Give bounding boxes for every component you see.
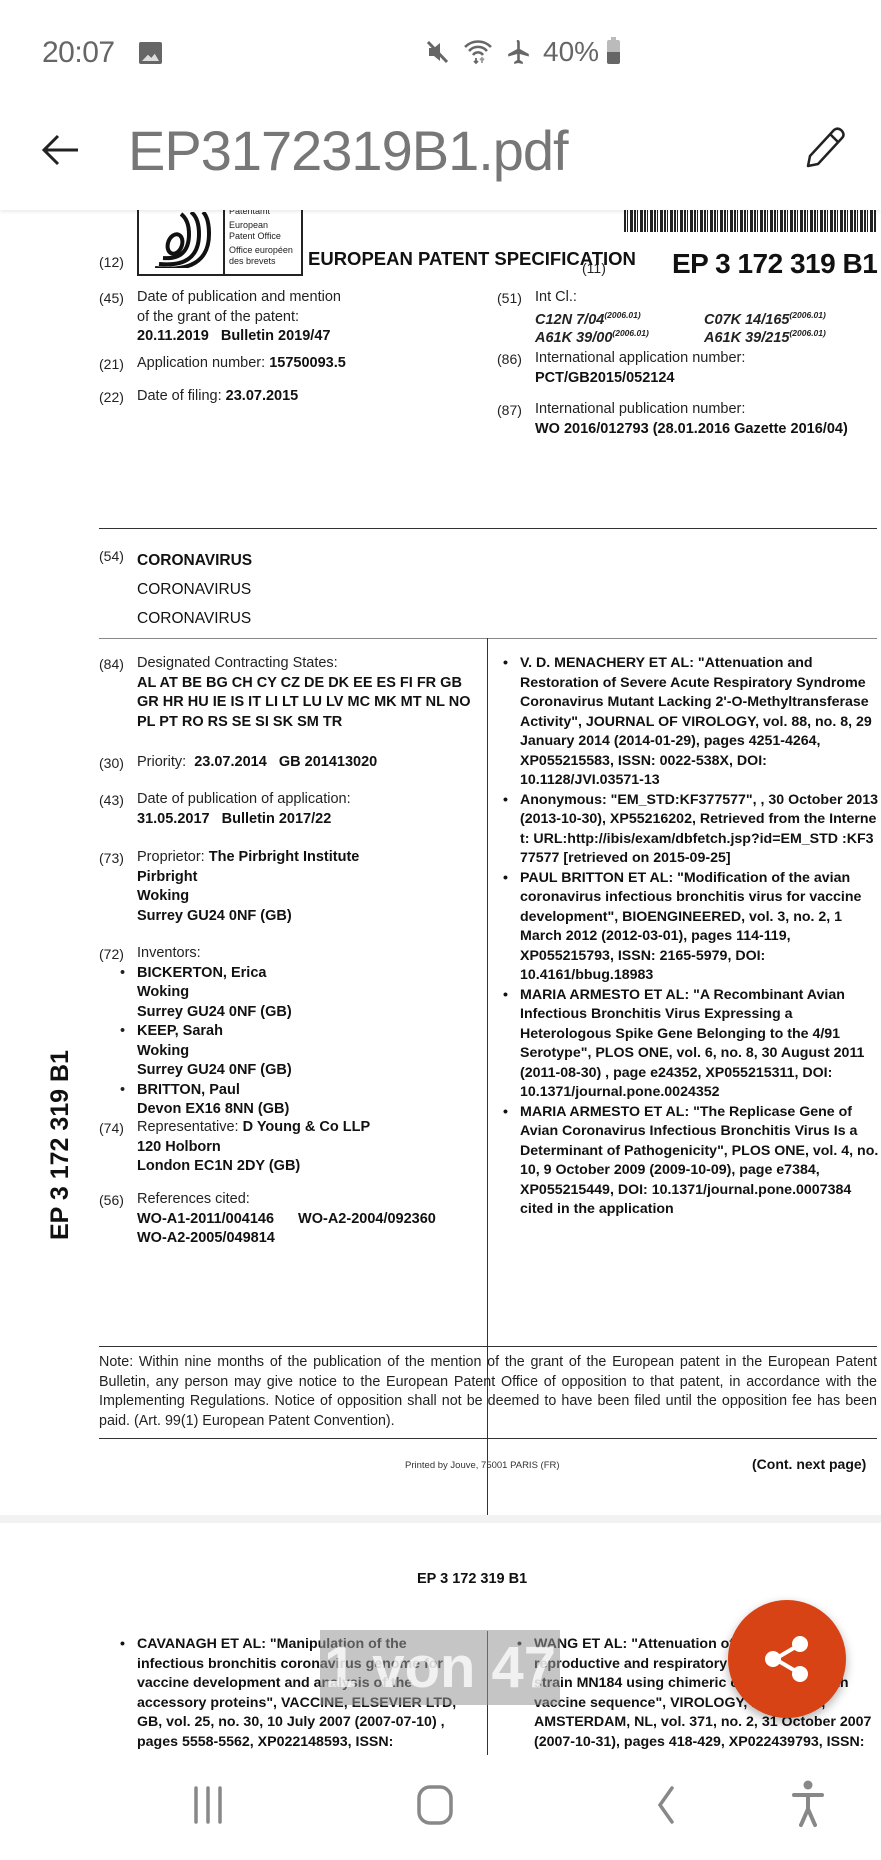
logo-text-en-2: Patent Office xyxy=(229,231,281,241)
pencil-icon[interactable] xyxy=(800,124,848,172)
field-int-cl: Int Cl.: xyxy=(535,288,577,308)
share-button[interactable] xyxy=(728,1600,846,1718)
status-time: 20:07 xyxy=(42,36,115,70)
divider xyxy=(99,638,877,639)
battery-icon xyxy=(607,40,620,64)
logo-text-fr-2: des brevets xyxy=(229,256,276,266)
reference-item: •PAUL BRITTON ET AL: "Modification of th… xyxy=(520,869,880,986)
code-54: (54) xyxy=(99,548,124,564)
code-12: (12) xyxy=(99,254,124,270)
barcode xyxy=(624,210,876,232)
code-51: (51) xyxy=(497,290,522,306)
epo-logo-icon xyxy=(149,212,215,268)
navigation-bar xyxy=(0,1755,881,1860)
battery-percent: 40% xyxy=(543,36,599,68)
field-proprietor: Proprietor: The Pirbright Institute Pirb… xyxy=(137,848,359,926)
field-designated-states: Designated Contracting States: AL AT BE … xyxy=(137,654,470,732)
references-list: •V. D. MENACHERY ET AL: "Attenuation and… xyxy=(520,654,880,1220)
code-84: (84) xyxy=(99,656,124,672)
code-56: (56) xyxy=(99,1192,124,1208)
document-type: EUROPEAN PATENT SPECIFICATION xyxy=(308,248,636,270)
code-43: (43) xyxy=(99,792,124,808)
code-73: (73) xyxy=(99,850,124,866)
reference-item: •MARIA ARMESTO ET AL: "A Recombinant Avi… xyxy=(520,986,880,1103)
gallery-icon xyxy=(139,42,162,64)
reference-item: •Anonymous: "EM_STD:KF377577", , 30 Octo… xyxy=(520,791,880,869)
field-application-publication: Date of publication of application: 31.0… xyxy=(137,790,351,829)
status-icons: 40% xyxy=(425,36,620,68)
continued-label: (Cont. next page) xyxy=(752,1456,866,1472)
inventor: •KEEP, SarahWokingSurrey GU24 0NF (GB) xyxy=(137,1022,292,1081)
share-icon xyxy=(728,1600,846,1718)
code-45: (45) xyxy=(99,290,124,306)
side-publication-number: EP 3 172 319 B1 xyxy=(46,1050,75,1240)
divider xyxy=(99,528,877,529)
field-intl-application: International application number: PCT/GB… xyxy=(535,349,745,388)
field-representative: Representative: D Young & Co LLP 120 Hol… xyxy=(137,1118,370,1177)
code-86: (86) xyxy=(497,351,522,367)
status-bar: 20:07 40% xyxy=(0,0,881,100)
field-title: CORONAVIRUS CORONAVIRUS CORONAVIRUS xyxy=(137,546,252,633)
code-30: (30) xyxy=(99,755,124,771)
field-inventors: Inventors: •BICKERTON, EricaWokingSurrey… xyxy=(137,944,292,1120)
logo-text-fr-1: Office européen xyxy=(229,245,293,255)
code-72: (72) xyxy=(99,946,124,962)
epo-logo: Patentamt EuropeanPatent Office Office e… xyxy=(137,206,303,276)
field-priority: Priority: 23.07.2014 GB 201413020 xyxy=(137,753,377,773)
page-indicator: 1 von 47 xyxy=(320,1630,560,1705)
accessibility-icon[interactable] xyxy=(778,1775,838,1835)
inventor: •BICKERTON, EricaWokingSurrey GU24 0NF (… xyxy=(137,964,292,1023)
reference-item: •MARIA ARMESTO ET AL: "The Replicase Gen… xyxy=(520,1103,880,1220)
code-22: (22) xyxy=(99,389,124,405)
field-application-number: Application number: 15750093.5 xyxy=(137,354,346,374)
code-21: (21) xyxy=(99,356,124,372)
divider xyxy=(99,1346,877,1347)
publication-number: EP 3 172 319 B1 xyxy=(672,248,877,280)
logo-text-en-1: European xyxy=(229,220,268,230)
pdf-page-1: Patentamt EuropeanPatent Office Office e… xyxy=(0,210,881,1515)
opposition-note: Note: Within nine months of the publicat… xyxy=(99,1353,877,1431)
page2-header: EP 3 172 319 B1 xyxy=(417,1571,527,1587)
field-intl-publication: International publication number: WO 201… xyxy=(535,400,848,439)
divider xyxy=(99,1438,877,1439)
recents-icon[interactable] xyxy=(178,1775,238,1835)
code-87: (87) xyxy=(497,402,522,418)
reference-item: •V. D. MENACHERY ET AL: "Attenuation and… xyxy=(520,654,880,791)
field-filing-date: Date of filing: 23.07.2015 xyxy=(137,387,298,407)
field-references-cited: References cited: WO-A1-2011/004146WO-A2… xyxy=(137,1190,436,1249)
page-separator xyxy=(0,1515,881,1523)
back-arrow-icon[interactable] xyxy=(38,128,82,172)
document-title: EP3172319B1.pdf xyxy=(128,118,568,183)
home-icon[interactable] xyxy=(405,1775,465,1835)
back-icon[interactable] xyxy=(636,1775,696,1835)
wifi-icon xyxy=(463,39,493,65)
printer-line: Printed by Jouve, 75001 PARIS (FR) xyxy=(405,1460,560,1471)
inventor: •BRITTON, PaulDevon EX16 8NN (GB) xyxy=(137,1081,292,1120)
code-74: (74) xyxy=(99,1120,124,1136)
mute-icon xyxy=(425,39,451,65)
airplane-icon xyxy=(505,39,531,65)
field-grant-date: Date of publication and mention of the g… xyxy=(137,288,341,347)
